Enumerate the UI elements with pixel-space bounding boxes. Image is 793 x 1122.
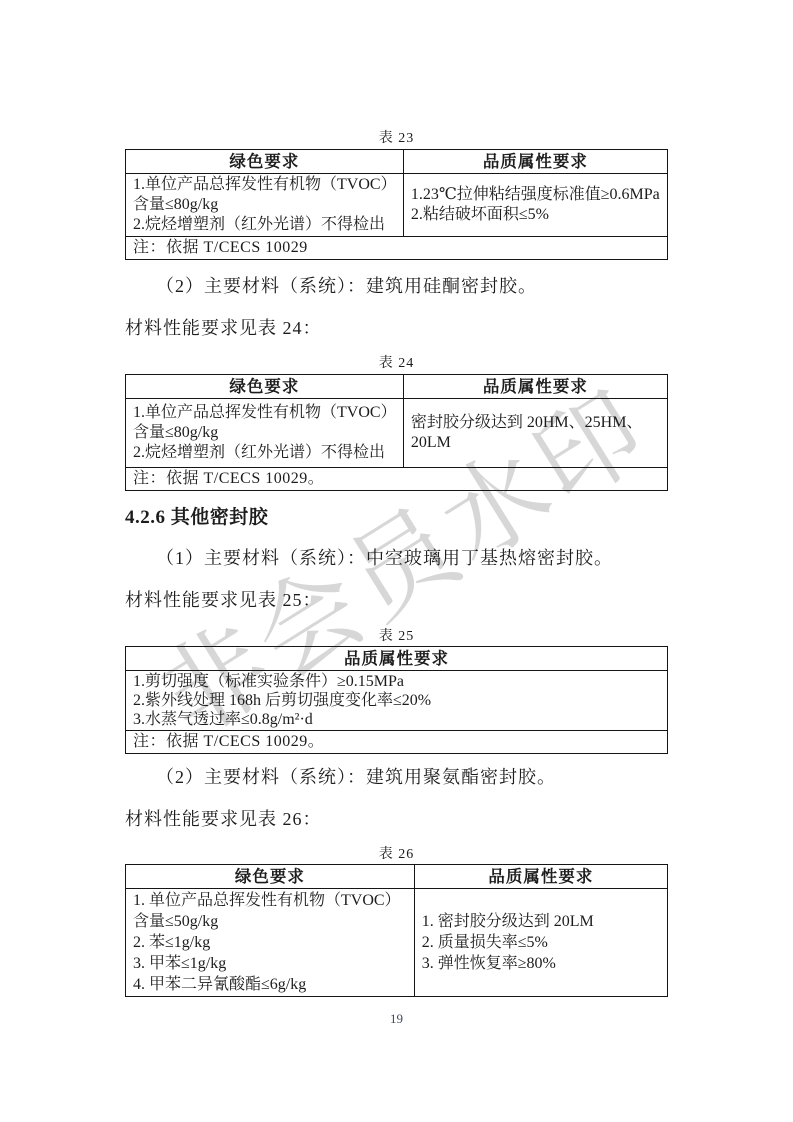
table-cell-line: 3. 弹性恢复率≥80% (422, 953, 660, 974)
table-cell-line: 3.水蒸气透过率≤0.8g/m²·d (133, 710, 660, 729)
table-cell-line: 密封胶分级达到 20HM、25HM、20LM (411, 413, 660, 453)
paragraph-silicone-sealant: （2）主要材料（系统）：建筑用硅酮密封胶。 (125, 275, 668, 297)
table-cell-line: 2.粘结破坏面积≤5% (411, 205, 660, 225)
table-23-note: 注：依据 T/CECS 10029 (126, 237, 668, 260)
table-24: 绿色要求 品质属性要求 1.单位产品总挥发性有机物（TVOC）含量≤80g/kg… (125, 374, 668, 491)
table-23-note-row: 注：依据 T/CECS 10029 (126, 237, 668, 260)
table-cell-line: 1.23℃拉伸粘结强度标准值≥0.6MPa (411, 185, 660, 205)
table-25-body-row: 1.剪切强度（标准实验条件）≥0.15MPa 2.紫外线处理 168h 后剪切强… (126, 671, 668, 731)
paragraph-see-table-24: 材料性能要求见表 24： (125, 317, 668, 339)
table-26-quality-cell: 1. 密封胶分级达到 20LM 2. 质量损失率≤5% 3. 弹性恢复率≥80% (414, 889, 667, 997)
table-25-note-row: 注：依据 T/CECS 10029。 (126, 731, 668, 754)
table-cell-line: 2.烷烃增塑剂（红外光谱）不得检出 (133, 215, 396, 235)
table-cell-line: 2. 苯≤1g/kg (133, 932, 407, 953)
table-cell-line: 1. 单位产品总挥发性有机物（TVOC）含量≤50g/kg (133, 890, 407, 932)
table-cell-line: 1.单位产品总挥发性有机物（TVOC）含量≤80g/kg (133, 175, 396, 215)
paragraph-polyurethane-sealant: （2）主要材料（系统）：建筑用聚氨酯密封胶。 (125, 766, 668, 788)
table-25: 品质属性要求 1.剪切强度（标准实验条件）≥0.15MPa 2.紫外线处理 16… (125, 646, 668, 754)
table-24-header-row: 绿色要求 品质属性要求 (126, 375, 668, 399)
table-cell-line: 2. 质量损失率≤5% (422, 932, 660, 953)
table-cell-line: 2.烷烃增塑剂（红外光谱）不得检出 (133, 443, 396, 463)
table-cell-line: 1. 密封胶分级达到 20LM (422, 911, 660, 932)
table-cell-line: 1.剪切强度（标准实验条件）≥0.15MPa (133, 672, 660, 691)
table-23-quality-cell: 1.23℃拉伸粘结强度标准值≥0.6MPa 2.粘结破坏面积≤5% (403, 174, 667, 237)
table-23-header-row: 绿色要求 品质属性要求 (126, 150, 668, 174)
table-24-header-green: 绿色要求 (126, 375, 404, 399)
paragraph-see-table-25: 材料性能要求见表 25： (125, 589, 668, 611)
table-23: 绿色要求 品质属性要求 1.单位产品总挥发性有机物（TVOC）含量≤80g/kg… (125, 149, 668, 260)
table-26-body-row: 1. 单位产品总挥发性有机物（TVOC）含量≤50g/kg 2. 苯≤1g/kg… (126, 889, 668, 997)
table-24-caption: 表 24 (125, 355, 668, 372)
section-heading-4-2-6: 4.2.6 其他密封胶 (125, 506, 668, 529)
table-25-caption: 表 25 (125, 628, 668, 645)
table-24-header-quality: 品质属性要求 (403, 375, 667, 399)
table-24-quality-cell: 密封胶分级达到 20HM、25HM、20LM (403, 399, 667, 468)
page-number: 19 (0, 1011, 793, 1027)
table-23-header-green: 绿色要求 (126, 150, 404, 174)
table-24-note-row: 注：依据 T/CECS 10029。 (126, 468, 668, 491)
table-25-header-row: 品质属性要求 (126, 647, 668, 671)
paragraph-butyl-sealant: （1）主要材料（系统）：中空玻璃用丁基热熔密封胶。 (125, 547, 668, 569)
table-25-header-quality: 品质属性要求 (126, 647, 668, 671)
table-26: 绿色要求 品质属性要求 1. 单位产品总挥发性有机物（TVOC）含量≤50g/k… (125, 864, 668, 997)
table-25-note: 注：依据 T/CECS 10029。 (126, 731, 668, 754)
table-24-body-row: 1.单位产品总挥发性有机物（TVOC）含量≤80g/kg 2.烷烃增塑剂（红外光… (126, 399, 668, 468)
table-26-header-green: 绿色要求 (126, 865, 415, 889)
table-26-header-row: 绿色要求 品质属性要求 (126, 865, 668, 889)
table-24-green-cell: 1.单位产品总挥发性有机物（TVOC）含量≤80g/kg 2.烷烃增塑剂（红外光… (126, 399, 404, 468)
table-23-body-row: 1.单位产品总挥发性有机物（TVOC）含量≤80g/kg 2.烷烃增塑剂（红外光… (126, 174, 668, 237)
table-cell-line: 2.紫外线处理 168h 后剪切强度变化率≤20% (133, 691, 660, 710)
table-cell-line: 4. 甲苯二异氰酸酯≤6g/kg (133, 974, 407, 995)
table-24-note: 注：依据 T/CECS 10029。 (126, 468, 668, 491)
table-23-green-cell: 1.单位产品总挥发性有机物（TVOC）含量≤80g/kg 2.烷烃增塑剂（红外光… (126, 174, 404, 237)
table-25-quality-cell: 1.剪切强度（标准实验条件）≥0.15MPa 2.紫外线处理 168h 后剪切强… (126, 671, 668, 731)
table-23-header-quality: 品质属性要求 (403, 150, 667, 174)
table-26-green-cell: 1. 单位产品总挥发性有机物（TVOC）含量≤50g/kg 2. 苯≤1g/kg… (126, 889, 415, 997)
paragraph-see-table-26: 材料性能要求见表 26： (125, 808, 668, 830)
table-26-caption: 表 26 (125, 846, 668, 863)
table-26-header-quality: 品质属性要求 (414, 865, 667, 889)
table-cell-line: 3. 甲苯≤1g/kg (133, 953, 407, 974)
table-cell-line: 1.单位产品总挥发性有机物（TVOC）含量≤80g/kg (133, 403, 396, 443)
table-23-caption: 表 23 (125, 130, 668, 147)
document-page: 非会员水印 表 23 绿色要求 品质属性要求 1.单位产品总挥发性有机物（TVO… (0, 0, 793, 1122)
